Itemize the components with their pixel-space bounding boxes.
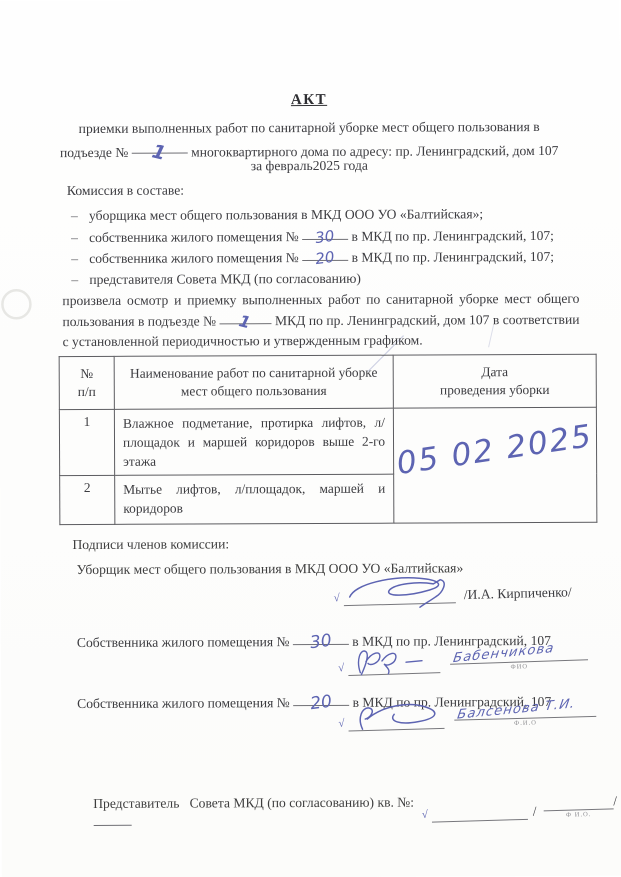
signature-separator: / (533, 804, 537, 820)
list-dash: – (71, 270, 89, 291)
header-number-cell: № п/п (59, 356, 114, 409)
owner1-fio-line: Бабенчикова (450, 643, 588, 664)
owner2-apartment-blank: 20 (293, 692, 349, 706)
row-number: 2 (60, 475, 115, 524)
checkmark-icon: √ (422, 809, 428, 821)
owner2-signature-line (348, 714, 444, 732)
list-dash: – (71, 206, 89, 227)
entrance-number-blank: 1 (132, 140, 188, 154)
member-text: собственника жилого помещения № (89, 229, 299, 245)
cleaner-signature-line (344, 588, 456, 606)
owner1-fio-block: Бабенчикова ФИО (450, 643, 589, 672)
owner1-signature-row: √ Бабенчикова ФИО (338, 643, 589, 676)
owner1-signature-line (348, 658, 440, 676)
representative-apartment-blank (93, 812, 131, 826)
fio-label: Ф.И.О (514, 719, 537, 727)
subtitle-line-1: приемки выполненных работ по санитарной … (0, 119, 620, 138)
row-number: 1 (59, 409, 114, 475)
table-row: 1 Влажное подметание, протирка лифтов, л… (59, 407, 596, 475)
header-number-l1: № (68, 365, 106, 383)
member-text-post: в МКД по пр. Ленинградский, 107; (351, 228, 554, 244)
subtitle-line2-pre: подъезде № (60, 145, 128, 160)
fio-label: ФИО (510, 663, 528, 671)
apartment-number-handwritten: 20 (315, 247, 337, 270)
owner1-signature-scribble (349, 642, 442, 679)
subtitle-line-3: за февраль2025 года (0, 157, 620, 176)
checkmark-icon: √ (334, 592, 340, 604)
list-item: –собственника жилого помещения № 20 в МК… (71, 246, 554, 270)
punch-hole-mark (2, 290, 30, 318)
member-text: собственника жилого помещения № (89, 250, 299, 266)
representative-fio-line (543, 794, 613, 811)
cleaner-name: /И.А. Кирпиченко/ (464, 584, 572, 603)
member-text: уборщика мест общего пользования в МКД О… (89, 206, 483, 223)
owner2-apartment-handwritten: 20 (309, 692, 333, 715)
commission-heading: Комиссия в составе: (67, 183, 184, 200)
cleaner-signature-scribble (345, 572, 458, 609)
representative-text: Представитель Совета МКД (по согласовани… (93, 795, 414, 811)
owner1-text-pre: Собственника жилого помещения № (77, 634, 290, 650)
row-work-description: Влажное подметание, протирка лифтов, л/п… (114, 408, 393, 475)
commission-member-list: –уборщика мест общего пользования в МКД … (71, 204, 554, 290)
owner2-text-pre: Собственника жилого помещения № (77, 695, 290, 711)
owner2-fio-block: Балсенова Т.И. Ф.И.О (454, 700, 597, 729)
header-date-l2: проведения уборки (402, 381, 588, 400)
owner2-signature-row: √ Балсенова Т.И. Ф.И.О (338, 700, 597, 732)
representative-fio-block: Ф И.О. (543, 794, 614, 819)
member-text-post: в МКД по пр. Ленинградский, 107; (352, 249, 555, 265)
signature-end-slash: / (613, 793, 617, 809)
list-item: –представителя Совета МКД (по согласован… (71, 268, 554, 291)
header-date-l1: Дата (402, 363, 588, 382)
row-work-description: Мытье лифтов, л/площадок, маршей и корид… (115, 474, 394, 524)
entrance-number-blank-2: 1 (220, 310, 272, 324)
header-date-cell: Дата проведения уборки (393, 354, 596, 408)
list-dash: – (71, 228, 89, 249)
signatures-heading: Подписи членов комиссии: (72, 536, 229, 553)
work-table: № п/п Наименование работ по санитарной у… (59, 354, 598, 525)
checkmark-icon: √ (338, 662, 344, 674)
representative-signature-row: √ / Ф И.О. / (421, 794, 617, 823)
checkmark-icon: √ (338, 718, 344, 730)
list-item: –собственника жилого помещения № 30 в МК… (71, 225, 554, 249)
date-cell: 05 02 2025 (393, 407, 596, 523)
owner2-fio-line: Балсенова Т.И. (454, 700, 596, 721)
owner1-apartment-blank: 30 (293, 631, 349, 645)
apartment-number-handwritten: 30 (314, 225, 336, 248)
table-header-row: № п/п Наименование работ по санитарной у… (59, 354, 596, 409)
header-number-l2: п/п (68, 383, 106, 401)
entrance-number-handwritten-2: 1 (237, 311, 253, 333)
owner2-signature-scribble (350, 700, 447, 735)
owner1-apartment-handwritten: 30 (309, 631, 333, 654)
apartment-number-blank: 20 (302, 247, 348, 261)
representative-role-line: Представитель Совета МКД (по согласовани… (79, 779, 414, 846)
apartment-number-blank: 30 (302, 225, 348, 239)
scanned-act-document: АКТ приемки выполненных работ по санитар… (0, 0, 621, 877)
list-item: –уборщика мест общего пользования в МКД … (71, 204, 554, 227)
header-work-cell: Наименование работ по санитарной уборке … (114, 355, 393, 409)
cleaner-signature-row: √ /И.А. Кирпиченко/ (334, 584, 572, 606)
list-dash: – (71, 249, 89, 270)
inspection-paragraph: произвела осмотр и приемку выполненных р… (62, 289, 579, 352)
member-text: представителя Совета МКД (по согласовани… (89, 271, 361, 287)
fio-label: Ф И.О. (566, 811, 592, 819)
cleaning-date-handwritten: 05 02 2025 (394, 418, 593, 482)
header-work-l2: мест общего пользования (123, 382, 385, 401)
representative-signature-line (432, 805, 528, 823)
header-work-l1: Наименование работ по санитарной уборке (123, 364, 385, 383)
document-title: АКТ (0, 91, 620, 111)
